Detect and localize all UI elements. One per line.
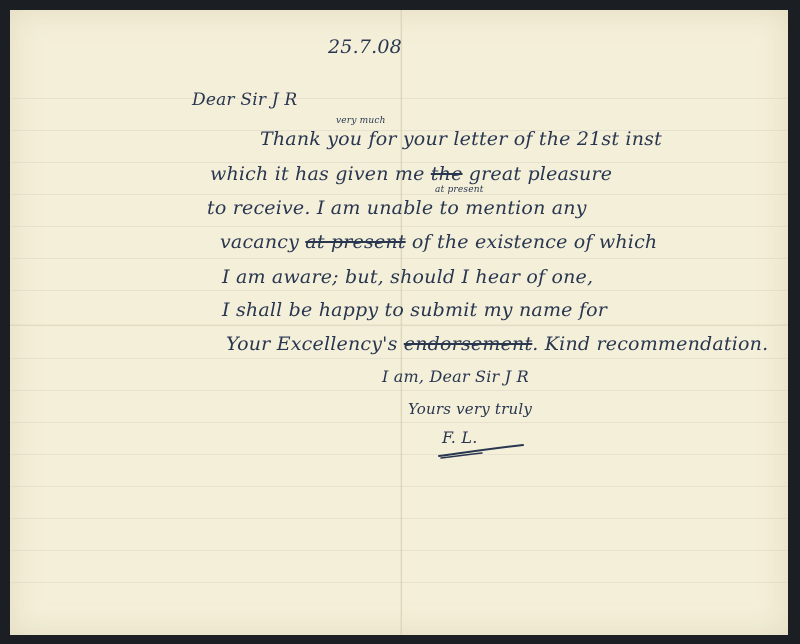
ruled-line xyxy=(10,98,788,99)
body-line-2-part: great pleasure xyxy=(463,163,613,185)
ruled-line xyxy=(10,454,788,455)
struck-word: the xyxy=(431,163,463,185)
ruled-line xyxy=(10,390,788,391)
ruled-line xyxy=(10,358,788,359)
body-line-2: which it has given me the great pleasure xyxy=(210,163,612,185)
body-line-7-part: Your Excellency's xyxy=(226,333,404,355)
struck-phrase: at present xyxy=(305,231,405,253)
body-line-4-part: vacancy xyxy=(220,231,305,253)
closing-line-1: I am, Dear Sir J R xyxy=(382,367,529,386)
body-line-3: to receive. I am unable to mention any xyxy=(207,197,587,219)
body-line-4-part: of the existence of which xyxy=(406,231,658,253)
ruled-line xyxy=(10,258,788,259)
signature-flourish-icon xyxy=(437,443,527,459)
ruled-line xyxy=(10,486,788,487)
vertical-fold xyxy=(400,10,403,635)
ruled-line xyxy=(10,582,788,583)
ruled-line xyxy=(10,290,788,291)
ruled-line xyxy=(10,226,788,227)
body-line-1: Thank you for your letter of the 21st in… xyxy=(260,128,662,150)
closing-line-2: Yours very truly xyxy=(408,400,532,418)
letter-paper: 25.7.08 Dear Sir J R very much Thank you… xyxy=(10,10,788,635)
horizontal-fold xyxy=(10,324,788,327)
body-line-7-part: . Kind recommendation. xyxy=(532,333,768,355)
letter-date: 25.7.08 xyxy=(328,36,402,58)
insertion-very-much: very much xyxy=(336,116,386,126)
ruled-line xyxy=(10,550,788,551)
body-line-7: Your Excellency's endorsement. Kind reco… xyxy=(226,333,768,355)
body-line-2-part: which it has given me xyxy=(210,163,431,185)
salutation: Dear Sir J R xyxy=(192,90,297,110)
body-line-5: I am aware; but, should I hear of one, xyxy=(222,266,593,288)
body-line-4: vacancy at present of the existence of w… xyxy=(220,231,657,253)
ruled-line xyxy=(10,194,788,195)
body-line-6: I shall be happy to submit my name for xyxy=(222,299,607,321)
ruled-line xyxy=(10,422,788,423)
insertion-at-present: at present xyxy=(435,185,484,195)
struck-word: endorsement xyxy=(404,333,533,355)
ruled-line xyxy=(10,518,788,519)
